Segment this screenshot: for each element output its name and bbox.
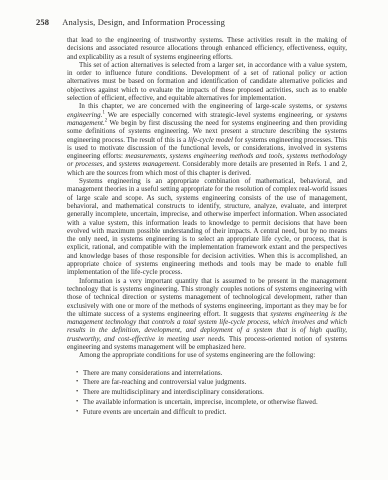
bullet-item: •Future events are uncertain and difficu… xyxy=(76,408,347,416)
italic-text: life-cycle model xyxy=(188,136,233,144)
bullet-icon: • xyxy=(76,388,83,396)
bullet-item: •There are far-reaching and controversia… xyxy=(76,378,347,386)
bullet-text: There are multidisciplinary and interdis… xyxy=(83,388,347,396)
paragraph: This set of action alternatives is selec… xyxy=(67,61,347,102)
bullet-icon: • xyxy=(76,378,83,386)
bullet-text: There are many considerations and interr… xyxy=(83,369,347,377)
paragraphs-container: that lead to the engineering of trustwor… xyxy=(67,36,347,360)
body-text: We are especially concerned with strateg… xyxy=(105,111,326,119)
bullet-icon: • xyxy=(76,398,83,406)
bullet-text: The available information is uncertain, … xyxy=(83,398,347,406)
bullet-icon: • xyxy=(76,369,83,377)
body-text: and xyxy=(104,160,118,168)
bullet-item: •There are many considerations and inter… xyxy=(76,369,347,377)
body-text: Among the appropriate conditions for use… xyxy=(79,351,315,359)
paragraph: In this chapter, we are concerned with t… xyxy=(67,102,347,177)
body-text: that lead to the engineering of trustwor… xyxy=(67,36,347,61)
page-number: 258 xyxy=(36,17,49,27)
bullet-item: •There are multidisciplinary and interdi… xyxy=(76,388,347,396)
body-text: This set of action alternatives is selec… xyxy=(67,61,347,102)
bullet-text: Future events are uncertain and difficul… xyxy=(83,408,347,416)
book-page: 258Analysis, Design, and Information Pro… xyxy=(0,0,388,480)
bullet-text: There are far-reaching and controversial… xyxy=(83,378,347,386)
paragraph: Among the appropriate conditions for use… xyxy=(67,351,347,359)
italic-text: systems management. xyxy=(119,160,180,168)
running-title: Analysis, Design, and Information Proces… xyxy=(62,17,225,27)
body-text: In this chapter, we are concerned with t… xyxy=(79,102,325,110)
paragraph: that lead to the engineering of trustwor… xyxy=(67,36,347,61)
paragraph: Information is a very important quantity… xyxy=(67,277,347,352)
text-block: that lead to the engineering of trustwor… xyxy=(67,36,347,418)
bullet-list: •There are many considerations and inter… xyxy=(67,369,347,417)
body-text: Systems engineering is an appropriate co… xyxy=(67,177,347,276)
page-header: 258Analysis, Design, and Information Pro… xyxy=(36,17,225,27)
paragraph: Systems engineering is an appropriate co… xyxy=(67,177,347,277)
bullet-item: •The available information is uncertain,… xyxy=(76,398,347,406)
bullet-icon: • xyxy=(76,408,83,416)
